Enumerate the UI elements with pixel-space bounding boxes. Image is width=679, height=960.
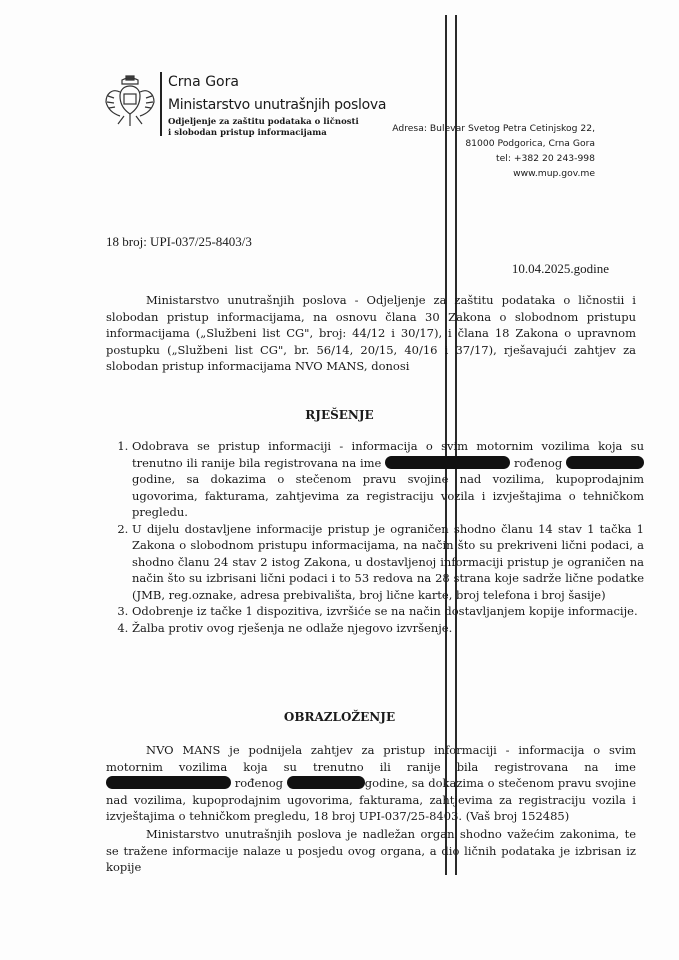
coat-of-arms-icon <box>104 70 156 130</box>
address-line: Adresa: Bulevar Svetog Petra Cetinjskog … <box>392 121 595 136</box>
address-block: Adresa: Bulevar Svetog Petra Cetinjskog … <box>392 121 595 181</box>
decision-items: Odobrava se pristup informaciji - inform… <box>112 438 644 636</box>
address-city: 81000 Podgorica, Crna Gora <box>392 136 595 151</box>
reference-number: 18 broj: UPI-037/25-8403/3 <box>106 234 252 250</box>
department-name: Odjeljenje za zaštitu podataka o ličnost… <box>168 117 359 139</box>
decision-heading: RJEŠENJE <box>0 408 679 422</box>
explanation-paragraph-1: NVO MANS je podnijela zahtjev za pristup… <box>106 742 636 825</box>
decision-item-3: Odobrenje iz tačke 1 dispozitiva, izvrši… <box>132 603 644 620</box>
decision-item-2: U dijelu dostavljene informacije pristup… <box>132 521 644 604</box>
decision-item-4: Žalba protiv ovog rješenja ne odlaže nje… <box>132 620 644 637</box>
redaction-mark <box>385 456 510 469</box>
redaction-mark <box>566 456 644 469</box>
phone: tel: +382 20 243-998 <box>392 151 595 166</box>
ministry-name: Ministarstvo unutrašnjih poslova <box>168 97 386 113</box>
intro-paragraph: Ministarstvo unutrašnjih poslova - Odjel… <box>106 292 636 375</box>
document-date: 10.04.2025.godine <box>512 261 609 277</box>
website: www.mup.gov.me <box>392 166 595 181</box>
country-name: Crna Gora <box>168 74 239 90</box>
redaction-mark <box>106 776 231 789</box>
document-page: Crna Gora Ministarstvo unutrašnjih poslo… <box>0 0 679 960</box>
explanation-paragraph-2: Ministarstvo unutrašnjih poslova je nadl… <box>106 826 636 876</box>
redaction-mark <box>287 776 365 789</box>
decision-item-1: Odobrava se pristup informaciji - inform… <box>132 438 644 521</box>
explanation-heading: OBRAZLOŽENJE <box>0 710 679 724</box>
header-divider <box>160 72 162 136</box>
